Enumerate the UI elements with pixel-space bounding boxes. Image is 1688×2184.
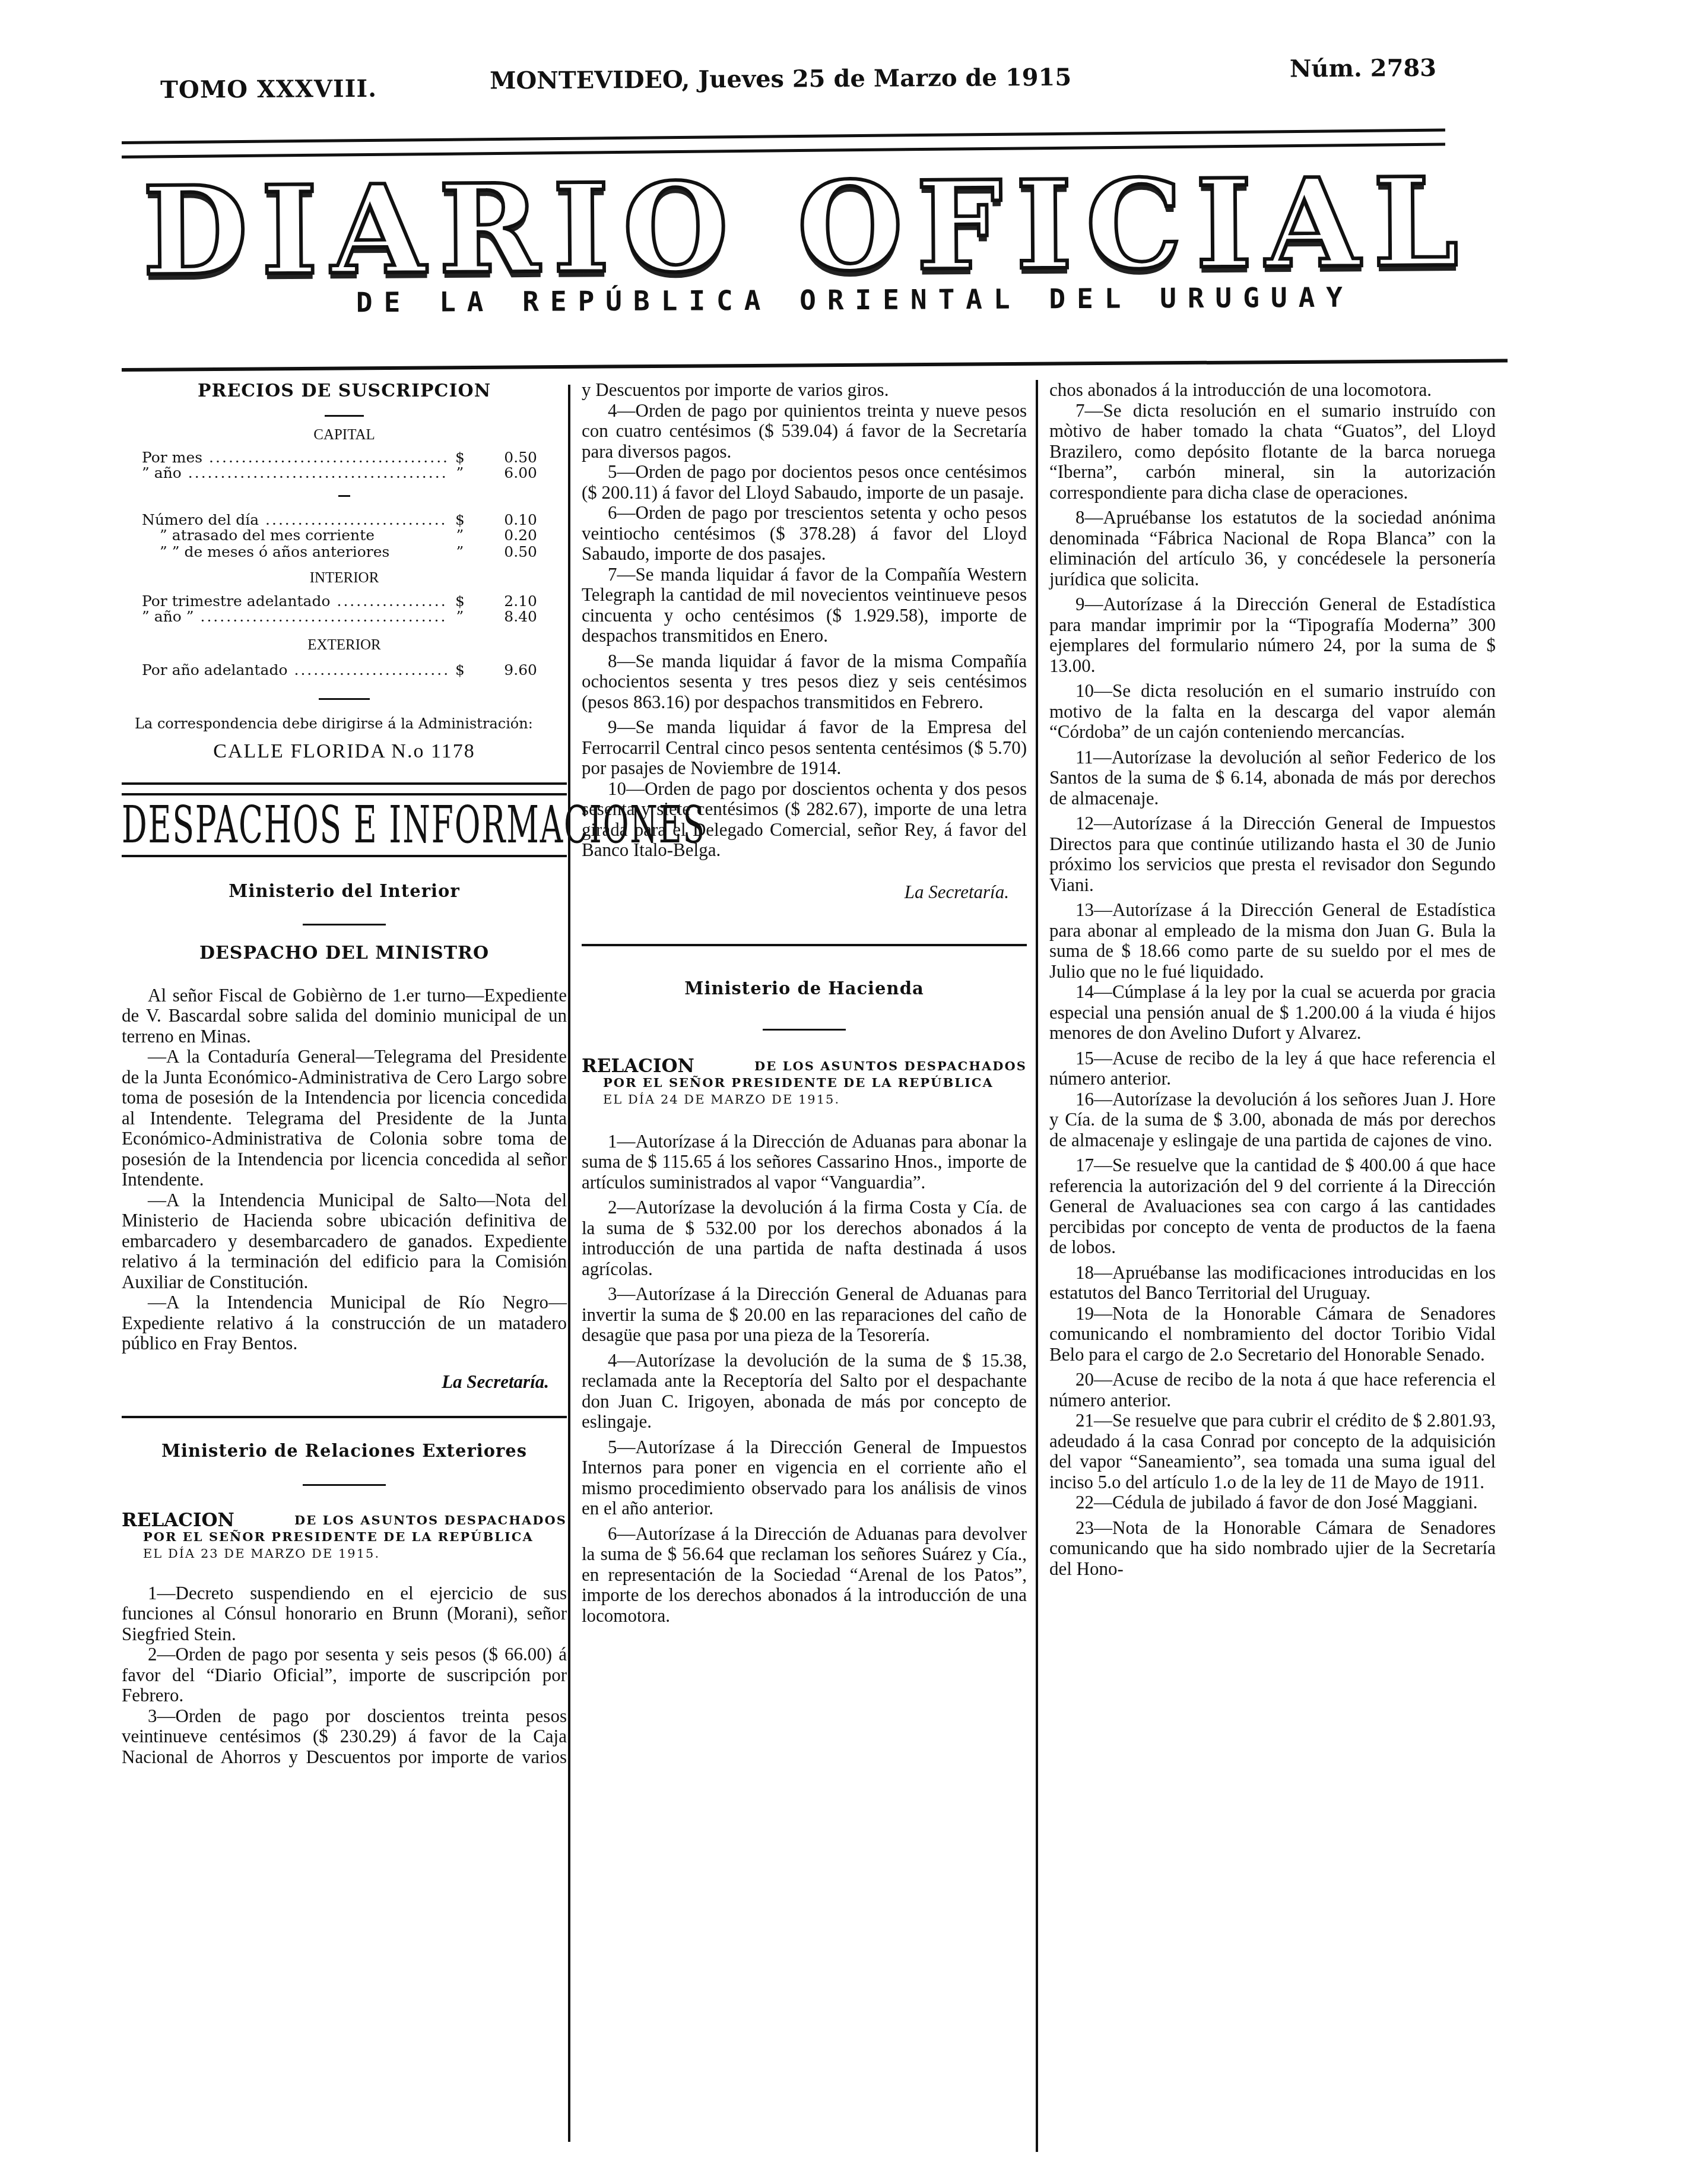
column-1: PRECIOS DE SUSCRIPCION CAPITAL Por mes $…: [122, 380, 567, 1768]
price-label: Por año adelantado: [142, 663, 448, 678]
list-item: 12—Autorízase á la Dirección General de …: [1049, 813, 1496, 895]
paragraph: —A la Contaduría General—Telegrama del P…: [122, 1047, 567, 1190]
relacion-line-3: EL DÍA 23 DE MARZO DE 1915.: [122, 1545, 567, 1562]
relacion-small: DE LOS ASUNTOS DESPACHADOS: [754, 1058, 1027, 1074]
exterior-heading: EXTERIOR: [122, 635, 567, 656]
divider: [319, 698, 370, 700]
list-item: 4—Autorízase la devolución de la suma de…: [582, 1351, 1027, 1432]
list-item: 4—Orden de pago por quinientos treinta y…: [582, 401, 1027, 462]
finance-ministry-heading: Ministerio de Hacienda: [582, 978, 1027, 999]
list-item: 15—Acuse de recibo de la ley á que hace …: [1049, 1048, 1496, 1089]
list-item: 9—Se manda liquidar á favor de la Empres…: [582, 717, 1027, 779]
price-value: 2.10: [472, 594, 561, 609]
masthead-top-line: TOMO XXXVIII. MONTEVIDEO, Jueves 25 de M…: [160, 59, 1442, 102]
list-item-continued: chos abonados á la introducción de una l…: [1049, 380, 1496, 401]
signature: La Secretaría.: [122, 1372, 567, 1393]
list-item: 1—Decreto suspendiendo en el ejercicio d…: [122, 1583, 567, 1645]
list-item: 7—Se manda liquidar á favor de la Compañ…: [582, 565, 1027, 646]
list-item: 8—Se manda liquidar á favor de la misma …: [582, 651, 1027, 713]
list-item: 18—Apruébanse las modificaciones introdu…: [1049, 1263, 1496, 1304]
foreign-ministry-heading: Ministerio de Relaciones Exteriores: [122, 1441, 567, 1462]
price-currency: $: [448, 512, 472, 528]
column-divider-2: [1036, 380, 1038, 2152]
relacion-line-2: POR EL SEÑOR PRESIDENTE DE LA REPÚBLICA: [582, 1074, 1027, 1091]
list-item: 10—Orden de pago por doscientos ochenta …: [582, 779, 1027, 861]
list-item: 1—Autorízase á la Dirección de Aduanas p…: [582, 1131, 1027, 1193]
price-currency: ”: [448, 543, 472, 561]
list-item: 6—Orden de pago por trescientos setenta …: [582, 503, 1027, 565]
price-row: ” año ” ” 8.40: [142, 609, 561, 625]
exterior-price-table: Por año adelantado $ 9.60: [122, 663, 567, 678]
list-item: 14—Cúmplase á la ley por la cual se acue…: [1049, 982, 1496, 1044]
list-item: 22—Cédula de jubilado á favor de don Jos…: [1049, 1492, 1496, 1513]
price-label: Número del día: [142, 512, 448, 528]
divider: [338, 495, 350, 497]
price-value: 0.20: [472, 528, 561, 543]
subscription-heading: PRECIOS DE SUSCRIPCION: [122, 381, 567, 402]
list-item-continued: y Descuentos por importe de varios giros…: [582, 380, 1027, 401]
list-item: 5—Orden de pago por docientos pesos once…: [582, 462, 1027, 503]
relacion-small: DE LOS ASUNTOS DESPACHADOS: [294, 1512, 567, 1529]
list-item: 13—Autorízase á la Dirección General de …: [1049, 900, 1496, 982]
section-rule: [122, 855, 567, 857]
column-divider-1: [568, 385, 570, 2142]
price-currency: ”: [448, 465, 472, 481]
interior-ministry-subheading: DESPACHO DEL MINISTRO: [122, 943, 567, 964]
list-item: 23—Nota de la Honorable Cámara de Senado…: [1049, 1518, 1496, 1580]
price-row: ” atrasado del mes corriente ” 0.20: [142, 528, 561, 543]
issue-number: Núm. 2783: [1290, 54, 1436, 83]
price-value: 6.00: [472, 465, 561, 481]
relacion-big: RELACION: [122, 1510, 234, 1531]
list-item: 20—Acuse de recibo de la nota á que hace…: [1049, 1370, 1496, 1410]
list-item: 9—Autorízase á la Dirección General de E…: [1049, 594, 1496, 676]
price-label: Por mes: [142, 450, 448, 465]
list-item: 16—Autorízase la devolución á los señore…: [1049, 1089, 1496, 1151]
list-item: 3—Autorízase á la Dirección General de A…: [582, 1284, 1027, 1346]
price-row: ” ” de meses ó años anteriores ” 0.50: [142, 543, 561, 561]
section-title: DESPACHOS E INFORMACIONES: [122, 801, 398, 849]
column-2: y Descuentos por importe de varios giros…: [582, 380, 1027, 1626]
price-value: 0.10: [472, 512, 561, 528]
list-item: 2—Autorízase la devolución á la firma Co…: [582, 1197, 1027, 1279]
price-currency: ”: [448, 528, 472, 543]
list-item: 5—Autorízase á la Dirección General de I…: [582, 1437, 1027, 1519]
column-3: chos abonados á la introducción de una l…: [1049, 380, 1496, 1579]
price-value: 0.50: [472, 450, 561, 465]
divider: [763, 1029, 846, 1031]
volume-number: TOMO XXXVIII.: [160, 75, 377, 104]
price-label: ” ” de meses ó años anteriores: [142, 543, 448, 561]
price-label: Por trimestre adelantado: [142, 594, 448, 609]
masthead-rule-bottom: [122, 359, 1508, 372]
divider: [303, 1484, 386, 1486]
price-currency: $: [448, 594, 472, 609]
divider: [325, 415, 364, 417]
list-item: 3—Orden de pago por doscientos treinta p…: [122, 1706, 567, 1768]
relacion-heading: RELACION DE LOS ASUNTOS DESPACHADOS POR …: [582, 1058, 1027, 1108]
relacion-heading: RELACION DE LOS ASUNTOS DESPACHADOS POR …: [122, 1512, 567, 1562]
price-currency: ”: [448, 609, 472, 625]
price-label: ” atrasado del mes corriente: [142, 528, 448, 543]
list-item: 8—Apruébanse los estatutos de la socieda…: [1049, 508, 1496, 589]
interior-price-table: Por trimestre adelantado $ 2.10 ” año ” …: [122, 594, 567, 625]
divider: [303, 924, 386, 925]
paragraph: —A la Intendencia Municipal de Río Negro…: [122, 1292, 567, 1354]
address: CALLE FLORIDA N.o 1178: [122, 741, 567, 762]
masthead-rule-top: [122, 129, 1445, 144]
relacion-big: RELACION: [582, 1055, 694, 1077]
price-label: ” año: [142, 465, 448, 481]
list-item: 17—Se resuelve que la cantidad de $ 400.…: [1049, 1155, 1496, 1258]
list-item: 11—Autorízase la devolución al señor Fed…: [1049, 747, 1496, 809]
interior-heading: INTERIOR: [122, 568, 567, 589]
price-row: Por año adelantado $ 9.60: [142, 663, 561, 678]
list-item: 10—Se dicta resolución en el sumario ins…: [1049, 681, 1496, 743]
single-issue-price-table: Número del día $ 0.10 ” atrasado del mes…: [122, 512, 567, 561]
price-row: Por trimestre adelantado $ 2.10: [142, 594, 561, 609]
list-item: 19—Nota de la Honorable Cámara de Senado…: [1049, 1304, 1496, 1365]
price-row: ” año ” 6.00: [142, 465, 561, 481]
correspondence-note: La correspondencia debe dirigirse á la A…: [122, 715, 567, 732]
capital-heading: CAPITAL: [122, 425, 567, 446]
list-item: 7—Se dicta resolución en el sumario inst…: [1049, 401, 1496, 503]
list-item: 21—Se resuelve que para cubrir el crédit…: [1049, 1410, 1496, 1492]
list-item: 2—Orden de pago por sesenta y seis pesos…: [122, 1644, 567, 1706]
price-label: ” año ”: [142, 609, 448, 625]
price-value: 9.60: [472, 663, 561, 678]
price-row: Número del día $ 0.10: [142, 512, 561, 528]
section-double-rule: [122, 782, 567, 795]
paragraph: Al señor Fiscal de Gobièrno de 1.er turn…: [122, 985, 567, 1047]
relacion-line-3: EL DÍA 24 DE MARZO DE 1915.: [582, 1091, 1027, 1108]
price-value: 0.50: [472, 543, 561, 561]
section-rule: [122, 1416, 567, 1418]
price-currency: $: [448, 663, 472, 678]
capital-price-table: Por mes $ 0.50 ” año ” 6.00: [122, 450, 567, 481]
section-rule: [582, 944, 1027, 946]
relacion-line-2: POR EL SEÑOR PRESIDENTE DE LA REPÚBLICA: [122, 1529, 567, 1545]
price-currency: $: [448, 450, 472, 465]
interior-ministry-heading: Ministerio del Interior: [122, 881, 567, 902]
newspaper-title: DIARIO OFICIAL: [142, 160, 1424, 294]
signature: La Secretaría.: [582, 882, 1027, 903]
list-item: 6—Autorízase á la Dirección de Aduanas p…: [582, 1524, 1027, 1626]
dateline: MONTEVIDEO, Jueves 25 de Marzo de 1915: [490, 64, 1071, 95]
price-row: Por mes $ 0.50: [142, 450, 561, 465]
price-value: 8.40: [472, 609, 561, 625]
paragraph: —A la Intendencia Municipal de Salto—Not…: [122, 1190, 567, 1293]
newspaper-subtitle: DE LA REPÚBLICA ORIENTAL DEL URUGUAY: [356, 281, 1335, 319]
